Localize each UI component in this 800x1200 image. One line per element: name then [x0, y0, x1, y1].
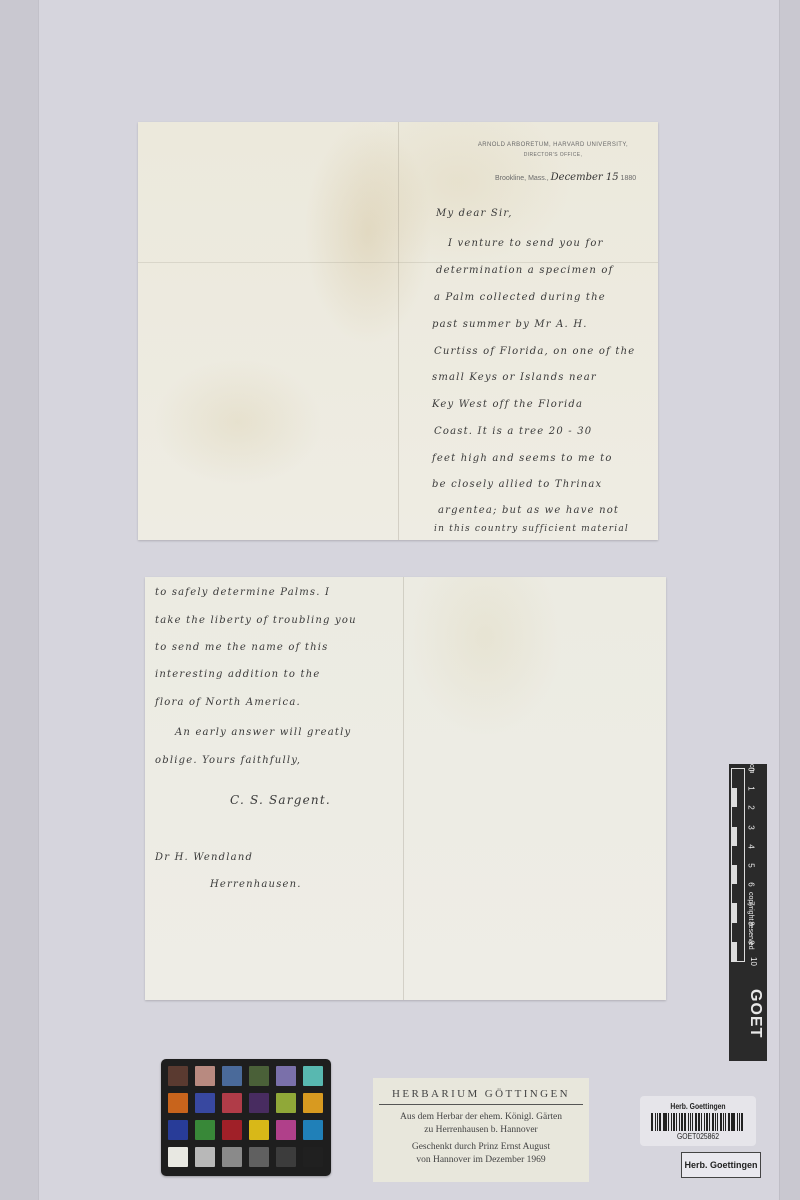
fold-line-horizontal — [138, 262, 658, 263]
letter-line: argentea; but as we have not — [438, 505, 619, 516]
color-patch — [222, 1093, 242, 1113]
letterhead-office: DIRECTOR'S OFFICE, — [468, 152, 638, 158]
color-patch — [249, 1120, 269, 1140]
letter-line: a Palm collected during the — [434, 292, 606, 303]
addressee-name: Dr H. Wendland — [155, 852, 253, 863]
letter-line: take the liberty of troubling you — [155, 615, 357, 626]
dateline-place: Brookline, Mass., — [495, 175, 549, 182]
letter-page-2: to safely determine Palms. I take the li… — [145, 577, 666, 1000]
color-patch — [195, 1120, 215, 1140]
letter-line: I venture to send you for — [448, 238, 604, 249]
color-patch — [168, 1093, 188, 1113]
color-patch — [168, 1147, 188, 1167]
dateline: Brookline, Mass., December 15 1880 — [495, 172, 655, 183]
herbarium-label-line: Geschenkt durch Prinz Ernst August — [373, 1141, 589, 1154]
ruler-segment — [732, 942, 737, 961]
herbarium-label-line: Aus dem Herbar der ehem. Königl. Gärten — [373, 1111, 589, 1124]
letter-line: interesting addition to the — [155, 669, 320, 680]
letterhead: ARNOLD ARBORETUM, HARVARD UNIVERSITY, DI… — [468, 142, 638, 158]
ruler-segment — [732, 827, 737, 846]
ruler-tick-label: 1 — [747, 786, 756, 790]
color-patch — [195, 1147, 215, 1167]
color-patch — [276, 1120, 296, 1140]
color-patch — [168, 1120, 188, 1140]
color-patch — [222, 1066, 242, 1086]
color-patch — [303, 1147, 323, 1167]
goet-logo: GOET — [746, 989, 764, 1038]
color-patch — [168, 1066, 188, 1086]
herbarium-label: HERBARIUM GÖTTINGEN Aus dem Herbar der e… — [373, 1078, 589, 1182]
color-patch — [276, 1147, 296, 1167]
color-checker-card — [161, 1059, 331, 1176]
dateline-date: December 15 — [551, 172, 619, 183]
color-patch — [195, 1093, 215, 1113]
color-patch — [195, 1066, 215, 1086]
color-patch — [303, 1093, 323, 1113]
herbarium-label-rule — [379, 1104, 583, 1105]
letter-line: be closely allied to Thrinax — [432, 479, 602, 490]
letter-line: An early answer will greatly — [175, 727, 351, 738]
letter-line: small Keys or Islands near — [432, 372, 597, 383]
letter-line: to safely determine Palms. I — [155, 587, 330, 598]
color-patch — [249, 1147, 269, 1167]
barcode-label-title: Herb. Goettingen — [649, 1102, 748, 1111]
herbarium-label-line: zu Herrenhausen b. Hannover — [373, 1124, 589, 1137]
color-patch — [276, 1066, 296, 1086]
ruler-tick-label: 4 — [747, 844, 756, 848]
letter-line: determination a specimen of — [436, 265, 614, 276]
color-patch — [303, 1066, 323, 1086]
letter-line: feet high and seems to me to — [432, 453, 613, 464]
letterhead-institution: ARNOLD ARBORETUM, HARVARD UNIVERSITY, — [468, 142, 638, 148]
color-patch-grid — [168, 1066, 323, 1167]
color-patch — [249, 1093, 269, 1113]
salutation: My dear Sir, — [436, 208, 513, 219]
ruler-tick-label: 3 — [747, 825, 756, 829]
color-patch — [303, 1120, 323, 1140]
letter-line: to send me the name of this — [155, 642, 329, 653]
letter-page-1: ARNOLD ARBORETUM, HARVARD UNIVERSITY, DI… — [138, 122, 658, 540]
ruler-copyright: copyright reserved — [747, 892, 754, 972]
letter-line: past summer by Mr A. H. — [432, 319, 588, 330]
barcode-number: GOET025862 — [649, 1132, 748, 1141]
ruler-tick-label: 5 — [747, 863, 756, 867]
letter-line: flora of North America. — [155, 697, 301, 708]
ruler-segment — [732, 788, 737, 807]
herbarium-label-title: HERBARIUM GÖTTINGEN — [373, 1088, 589, 1100]
ruler-segment — [732, 865, 737, 884]
letter-line: Coast. It is a tree 20 - 30 — [434, 426, 592, 437]
scale-ruler: cm 012345678910 copyright reserved GOET — [729, 764, 767, 1061]
fold-line-vertical — [403, 577, 404, 1000]
ruler-segment — [732, 903, 737, 922]
barcode-icon — [651, 1113, 745, 1131]
color-patch — [249, 1066, 269, 1086]
ruler-scale-bar — [731, 768, 745, 962]
ruler-tick-label: 0 — [747, 767, 756, 771]
fold-line-vertical — [398, 122, 399, 540]
ruler-tick-label: 2 — [747, 806, 756, 810]
letter-line: Curtiss of Florida, on one of the — [434, 346, 635, 357]
herbarium-stamp: Herb. Goettingen — [681, 1152, 761, 1178]
addressee-place: Herrenhausen. — [210, 879, 302, 890]
letter-line: Key West off the Florida — [432, 399, 583, 410]
herbarium-label-line: von Hannover im Dezember 1969 — [373, 1154, 589, 1167]
color-patch — [222, 1147, 242, 1167]
signature: C. S. Sargent. — [230, 793, 331, 807]
color-patch — [276, 1093, 296, 1113]
dateline-year: 1880 — [621, 175, 637, 182]
color-patch — [222, 1120, 242, 1140]
closing: oblige. Yours faithfully, — [155, 755, 301, 766]
letter-line: in this country sufficient material — [434, 524, 629, 534]
ruler-tick-label: 6 — [747, 882, 756, 886]
barcode-label: Herb. Goettingen GOET025862 — [640, 1096, 756, 1146]
